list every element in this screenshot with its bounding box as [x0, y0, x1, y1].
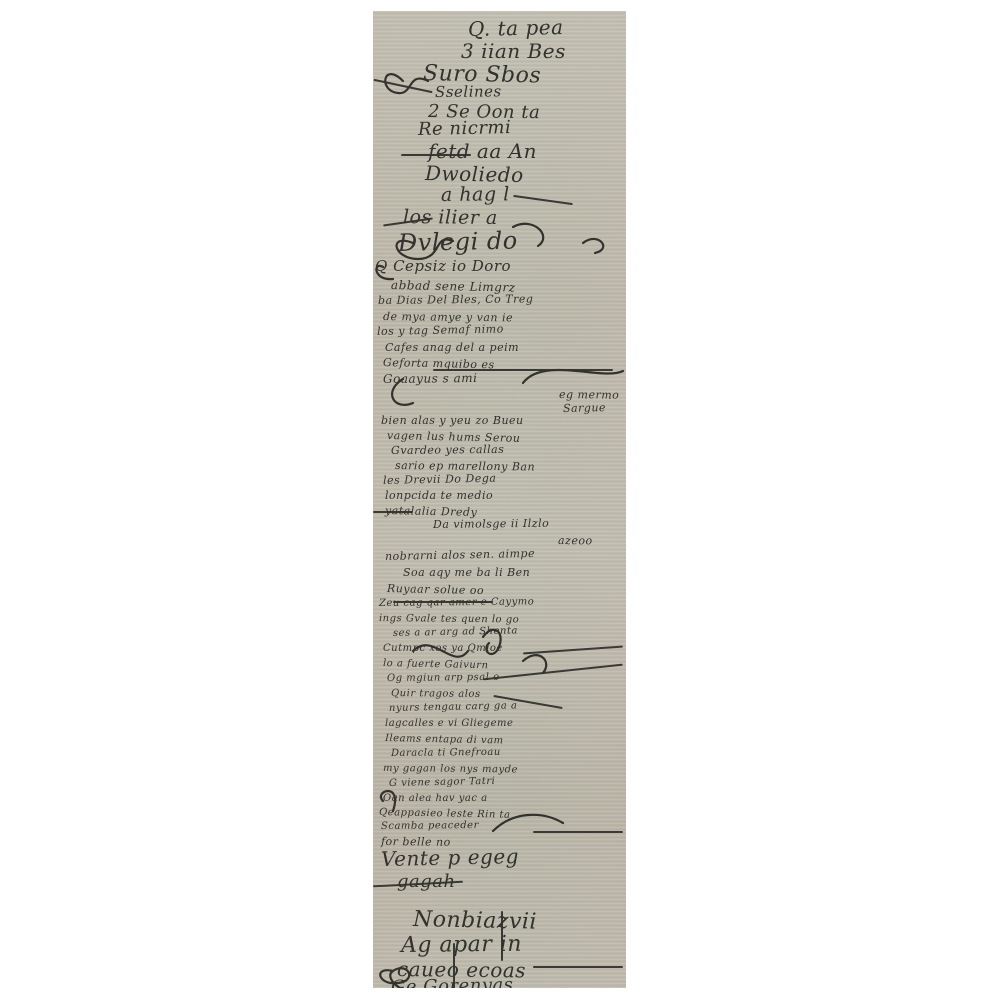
- manuscript-text-line: Sargue: [563, 402, 606, 414]
- manuscript-text-line: Dwoliedo: [425, 163, 524, 185]
- manuscript-text-line: Dvlegi do: [398, 228, 518, 255]
- manuscript-text-line: Da vimolsge ii Ilzlo: [433, 518, 549, 530]
- manuscript-text-line: Quir tragos alos: [391, 689, 481, 700]
- manuscript-text-line: Oan alea hav yac a: [383, 794, 488, 804]
- manuscript-rug: Q. ta pea3 iian BesSuro SbosSselines2 Se…: [373, 11, 626, 988]
- manuscript-text-line: gagah: [397, 873, 456, 891]
- manuscript-text-line: Geforta mquibo es: [383, 357, 495, 370]
- manuscript-text-line: my gagan los nys mayde: [383, 764, 518, 775]
- manuscript-text-line: abbad sene Limgrz: [391, 279, 516, 294]
- manuscript-text-line: azeoo: [558, 535, 593, 546]
- manuscript-text-line: de mya amye y van ie: [383, 311, 513, 323]
- manuscript-text-line: ings Gvale tes quen lo go: [379, 614, 519, 625]
- manuscript-text-line: Vente p egeg: [381, 846, 519, 869]
- manuscript-text-line: Re nicrmi: [418, 119, 512, 139]
- manuscript-text-line: vagen lus hums Serou: [387, 430, 521, 444]
- manuscript-text-line: Daracla ti Gnefroau: [391, 748, 501, 759]
- manuscript-text-line: yatalalia Dredy: [385, 505, 477, 518]
- manuscript-text-line: los y tag Semaf nimo: [377, 323, 504, 337]
- manuscript-text-line: Cutmpc xos ya Qmioe: [383, 644, 503, 654]
- manuscript-text-line: Ag apar in: [401, 934, 522, 957]
- manuscript-text-line: Cafes anag del a peim: [385, 342, 519, 353]
- manuscript-text-line: Ruyaar solue oo: [387, 583, 484, 596]
- manuscript-text-line: eg mermo: [559, 389, 619, 401]
- manuscript-text-line: Soa aqy me ba li Ben: [403, 567, 530, 578]
- manuscript-text-line: Scamba peaceder: [381, 821, 479, 832]
- manuscript-text-line: lonpcida te medio: [385, 490, 493, 501]
- manuscript-text-line: sario ep marellony Ban: [395, 460, 535, 472]
- manuscript-text-line: 3 iian Bes: [461, 41, 566, 61]
- manuscript-text-line: Q. ta pea: [468, 17, 564, 39]
- manuscript-text-line: Goaayus s ami: [383, 372, 478, 385]
- manuscript-text-line: bien alas y yeu zo Bueu: [381, 415, 524, 426]
- manuscript-text-line: nobrarni alos sen. aimpe: [385, 548, 535, 562]
- manuscript-text-line: Ge Gorenyas: [391, 976, 514, 988]
- manuscript-text-line: ba Dias Del Bles, Co Treg: [378, 293, 534, 306]
- manuscript-text-line: Sselines: [435, 84, 502, 100]
- manuscript-text-line: a hag l: [441, 185, 510, 205]
- manuscript-text-line: lagcalles e vi Gliegeme: [385, 719, 513, 729]
- manuscript-text-line: los ilier a: [403, 208, 498, 228]
- manuscript-text-line: Gvardeo yes callas: [391, 444, 504, 456]
- manuscript-text-line: les Drevii Do Dega: [383, 473, 497, 486]
- manuscript-text-line: Q Cepsiz io Doro: [375, 259, 511, 274]
- manuscript-text-line: Nonbiazvii: [413, 909, 537, 934]
- manuscript-text-line: Og mgiun arp psal o: [387, 673, 500, 684]
- manuscript-text-line: fetd aa An: [428, 141, 537, 161]
- manuscript-text-line: Zeu cag qar amer e Cayymo: [379, 597, 534, 609]
